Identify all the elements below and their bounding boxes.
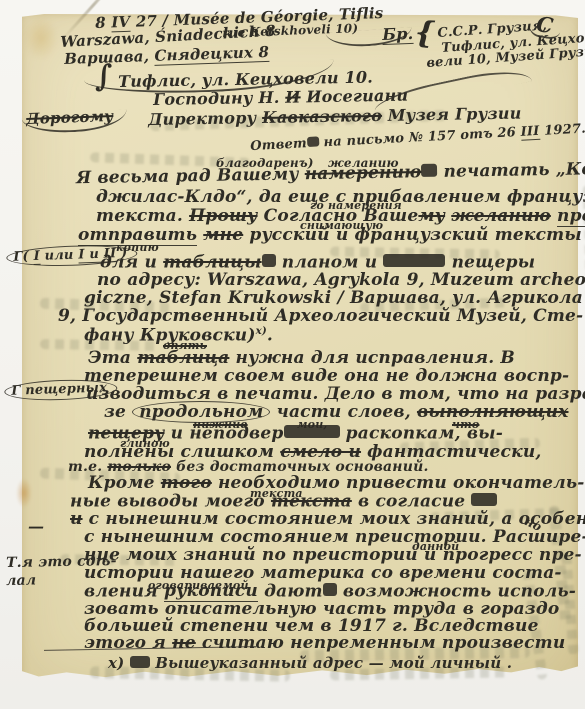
scanned-manuscript-letter: 8 IV 27 / Musée de Géorgie, Tiflisrue Ke… [0,0,585,709]
manuscript-page [22,14,578,690]
